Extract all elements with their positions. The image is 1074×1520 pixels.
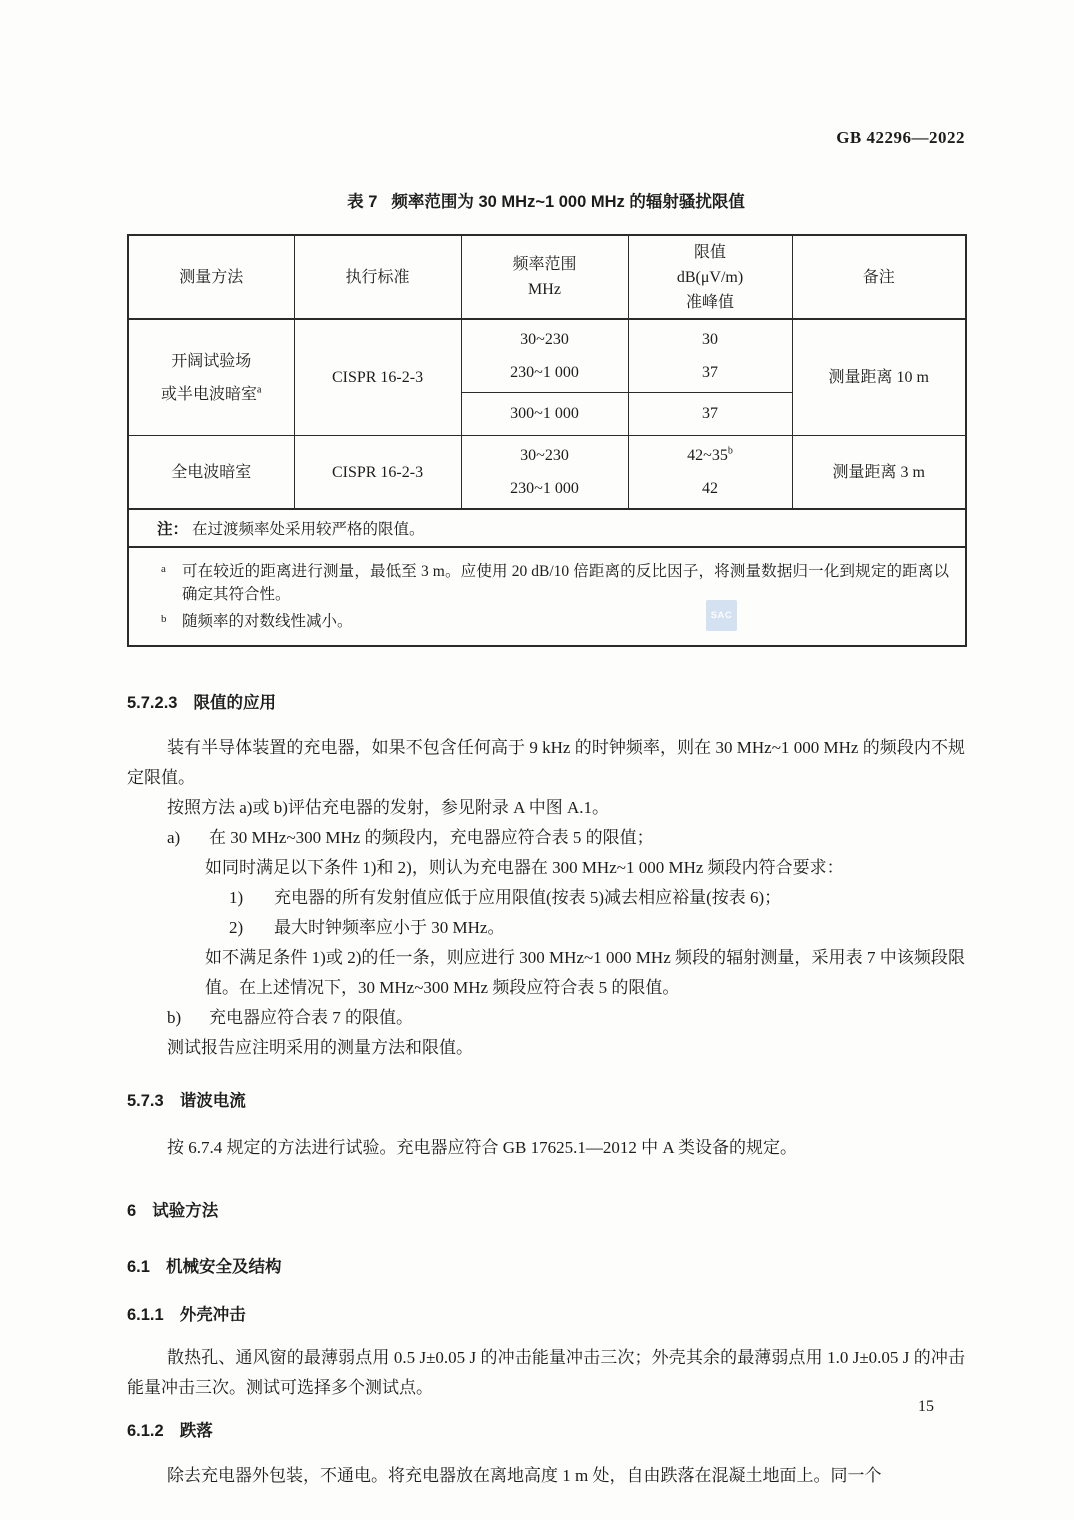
cell-limit-row1-sub1-line2: 37: [631, 356, 790, 389]
heading-5-7-2-3-title: 限值的应用: [193, 694, 276, 712]
table-note-label: 注：: [157, 521, 188, 538]
cell-remark-row1: 测量距离 10 m: [792, 319, 966, 436]
heading-5-7-3-number: 5.7.3: [127, 1092, 164, 1110]
list-item-a-continuation-2: 如不满足条件 1)或 2)的任一条，则应进行 300 MHz~1 000 MHz…: [127, 943, 965, 1003]
page-content: GB 42296—2022 表 7频率范围为 30 MHz~1 000 MHz …: [127, 128, 965, 1491]
footnote-a: a可在较近的距离进行测量，最低至 3 m。应使用 20 dB/10 倍距离的反比…: [157, 560, 949, 606]
page-number: 15: [918, 1398, 934, 1416]
table7-note-cell: 注：在过渡频率处采用较严格的限值。: [128, 509, 966, 547]
col-header-limit-line2: dB(μV/m): [631, 265, 790, 290]
list-item-2-marker: 2): [229, 913, 243, 943]
table7: 测量方法 执行标准 频率范围 MHz 限值 dB(μV/m) 准峰值 备注 开阔…: [127, 234, 967, 647]
col-header-frequency-line2: MHz: [464, 277, 626, 302]
heading-6-1: 6.1机械安全及结构: [127, 1255, 965, 1279]
cell-limit-row1-sub2: 37: [628, 393, 792, 436]
col-header-remark: 备注: [792, 235, 966, 319]
list-item-b: b)充电器应符合表 7 的限值。: [127, 1003, 965, 1033]
heading-6-1-2-number: 6.1.2: [127, 1422, 164, 1440]
cell-limit-row1-sub1: 30 37: [628, 319, 792, 393]
body-text: 5.7.2.3限值的应用 装有半导体装置的充电器，如果不包含任何高于 9 kHz…: [127, 691, 965, 1491]
heading-6-1-number: 6.1: [127, 1258, 150, 1276]
paragraph-shell-impact: 散热孔、通风窗的最薄弱点用 0.5 J±0.05 J 的冲击能量冲击三次；外壳其…: [127, 1343, 965, 1403]
footnote-a-marker: a: [161, 558, 166, 581]
list-item-b-marker: b): [167, 1003, 181, 1033]
heading-6: 6试验方法: [127, 1199, 965, 1223]
col-header-frequency: 频率范围 MHz: [461, 235, 628, 319]
cell-method-row2: 全电波暗室: [128, 436, 294, 510]
cell-frequency-row1-sub1-line1: 30~230: [464, 323, 626, 356]
heading-5-7-2-3-number: 5.7.2.3: [127, 694, 177, 712]
paragraph-limits-application-2: 按照方法 a)或 b)评估充电器的发射，参见附录 A 中图 A.1。: [127, 793, 965, 823]
table7-title: 表 7频率范围为 30 MHz~1 000 MHz 的辐射骚扰限值: [127, 188, 965, 212]
footnote-ref-b: b: [728, 446, 733, 457]
table7-header-row: 测量方法 执行标准 频率范围 MHz 限值 dB(μV/m) 准峰值 备注: [128, 235, 966, 319]
table7-title-text: 频率范围为 30 MHz~1 000 MHz 的辐射骚扰限值: [391, 193, 744, 211]
col-header-remark-text: 备注: [795, 265, 964, 290]
footnote-b-marker: b: [161, 608, 167, 631]
heading-5-7-2-3: 5.7.2.3限值的应用: [127, 691, 965, 715]
list-item-a: a)在 30 MHz~300 MHz 的频段内，充电器应符合表 5 的限值；: [127, 823, 965, 853]
col-header-limit-line3: 准峰值: [631, 290, 790, 315]
cell-frequency-row2-line2: 230~1 000: [464, 472, 626, 505]
cell-frequency-row1-sub2: 300~1 000: [461, 393, 628, 436]
cell-frequency-row2: 30~230 230~1 000: [461, 436, 628, 510]
cell-frequency-row2-line1: 30~230: [464, 439, 626, 472]
cell-standard-row1: CISPR 16-2-3: [294, 319, 461, 436]
heading-6-1-1-title: 外壳冲击: [180, 1306, 246, 1324]
col-header-frequency-line1: 频率范围: [464, 252, 626, 277]
heading-6-1-2: 6.1.2跌落: [127, 1419, 965, 1443]
list-item-1: 1)充电器的所有发射值应低于应用限值(按表 5)减去相应裕量(按表 6)；: [127, 883, 965, 913]
footnote-ref-a: a: [257, 384, 261, 395]
cell-limit-row1-sub1-line1: 30: [631, 323, 790, 356]
col-header-limit: 限值 dB(μV/m) 准峰值: [628, 235, 792, 319]
heading-6-1-1-number: 6.1.1: [127, 1306, 164, 1324]
heading-6-title: 试验方法: [152, 1202, 218, 1220]
cell-standard-row2: CISPR 16-2-3: [294, 436, 461, 510]
list-item-2-text: 最大时钟频率应小于 30 MHz。: [274, 918, 504, 937]
table7-note-row: 注：在过渡频率处采用较严格的限值。: [128, 509, 966, 547]
heading-6-1-title: 机械安全及结构: [166, 1258, 282, 1276]
cell-method-row1: 开阔试验场 或半电波暗室a: [128, 319, 294, 436]
cell-limit-row2-line1: 42~35b: [631, 439, 790, 472]
table7-footnote-cell: a可在较近的距离进行测量，最低至 3 m。应使用 20 dB/10 倍距离的反比…: [128, 547, 966, 646]
list-item-2: 2)最大时钟频率应小于 30 MHz。: [127, 913, 965, 943]
sac-watermark: SAC: [706, 600, 737, 631]
standard-code: GB 42296—2022: [127, 128, 965, 148]
cell-remark-row2: 测量距离 3 m: [792, 436, 966, 510]
document-page: GB 42296—2022 表 7频率范围为 30 MHz~1 000 MHz …: [0, 0, 1074, 1520]
list-item-b-text: 充电器应符合表 7 的限值。: [209, 1008, 413, 1027]
table7-row2: 全电波暗室 CISPR 16-2-3 30~230 230~1 000 42~3…: [128, 436, 966, 510]
paragraph-harmonic-current: 按 6.7.4 规定的方法进行试验。充电器应符合 GB 17625.1—2012…: [127, 1133, 965, 1163]
list-item-a-continuation-1: 如同时满足以下条件 1)和 2)，则认为充电器在 300 MHz~1 000 M…: [127, 853, 965, 883]
cell-method-row1-line2: 或半电波暗室a: [131, 378, 292, 411]
list-item-a-text: 在 30 MHz~300 MHz 的频段内，充电器应符合表 5 的限值；: [209, 828, 654, 847]
footnote-a-text: 可在较近的距离进行测量，最低至 3 m。应使用 20 dB/10 倍距离的反比因…: [182, 563, 949, 603]
col-header-standard: 执行标准: [294, 235, 461, 319]
cell-method-row1-line1: 开阔试验场: [131, 345, 292, 378]
table7-row1-sub1: 开阔试验场 或半电波暗室a CISPR 16-2-3 30~230 230~1 …: [128, 319, 966, 393]
cell-frequency-row1-sub1-line2: 230~1 000: [464, 356, 626, 389]
col-header-method: 测量方法: [128, 235, 294, 319]
heading-5-7-3: 5.7.3谐波电流: [127, 1089, 965, 1113]
footnote-b-text: 随频率的对数线性减小。: [182, 613, 353, 630]
table-note-text: 在过渡频率处采用较严格的限值。: [192, 521, 425, 538]
heading-6-1-2-title: 跌落: [180, 1422, 213, 1440]
heading-6-number: 6: [127, 1202, 136, 1220]
col-header-limit-line1: 限值: [631, 240, 790, 265]
col-header-standard-text: 执行标准: [297, 265, 459, 290]
list-item-a-marker: a): [167, 823, 180, 853]
heading-5-7-3-title: 谐波电流: [180, 1092, 246, 1110]
paragraph-test-report: 测试报告应注明采用的测量方法和限值。: [127, 1033, 965, 1063]
cell-limit-row2-line2: 42: [631, 472, 790, 505]
heading-6-1-1: 6.1.1外壳冲击: [127, 1303, 965, 1327]
table7-label: 表 7: [347, 193, 377, 211]
cell-limit-row2-line1-text: 42~35: [687, 447, 728, 464]
table7-footnote-row: a可在较近的距离进行测量，最低至 3 m。应使用 20 dB/10 倍距离的反比…: [128, 547, 966, 646]
cell-method-row1-line2-text: 或半电波暗室: [161, 386, 257, 403]
paragraph-limits-application-1: 装有半导体装置的充电器，如果不包含任何高于 9 kHz 的时钟频率，则在 30 …: [127, 733, 965, 793]
cell-limit-row2: 42~35b 42: [628, 436, 792, 510]
list-item-1-marker: 1): [229, 883, 243, 913]
list-item-1-text: 充电器的所有发射值应低于应用限值(按表 5)减去相应裕量(按表 6)；: [274, 888, 781, 907]
footnote-b: b随频率的对数线性减小。: [157, 610, 949, 633]
paragraph-drop-test: 除去充电器外包装，不通电。将充电器放在离地高度 1 m 处，自由跌落在混凝土地面…: [127, 1461, 965, 1491]
col-header-method-text: 测量方法: [131, 265, 292, 290]
cell-frequency-row1-sub1: 30~230 230~1 000: [461, 319, 628, 393]
